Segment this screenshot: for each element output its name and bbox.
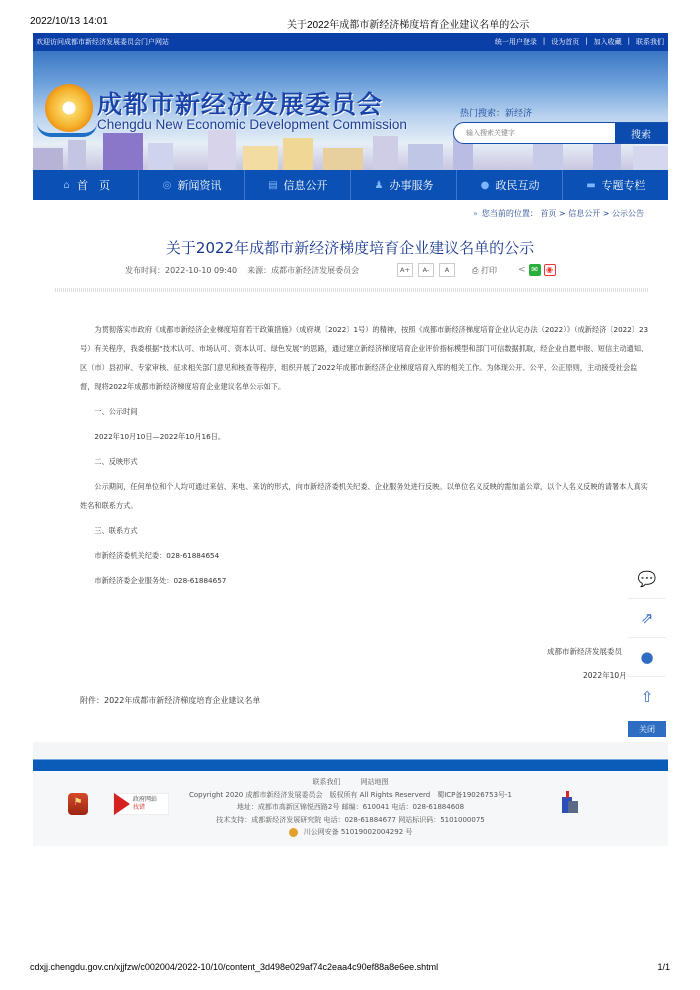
section-heading: 一、公示时间 [80,402,650,421]
article-title: 关于2022年成都市新经济梯度培育企业建议名单的公示 [0,237,700,258]
page-number: 1/1 [657,962,670,972]
qq-icon[interactable]: ● [628,638,666,677]
nav-item-news[interactable]: ◎新闻资讯 [139,170,245,200]
footer-sitemap-link[interactable]: 网站地图 [361,778,389,786]
weibo-share-icon[interactable]: ◉ [544,264,556,276]
footer-band [33,759,668,771]
printer-icon: ⎙ [472,266,478,275]
nav-label: 办事服务 [390,177,434,193]
site-footer: ⚑ 政府网站找错 联系我们网站地图 Copyright 2020 成都市新经济发… [33,771,668,846]
signature: 成都市新经济发展委员 [547,646,622,657]
search-input[interactable] [454,123,615,143]
print-footer: cdxjj.chengdu.gov.cn/xjjfzw/c002004/2022… [30,962,670,972]
share-icon[interactable]: < [518,265,526,275]
section-content: 2022年10月10日—2022年10月16日。 [80,427,650,446]
separator: | [628,37,630,47]
double-chevron-icon: » [473,209,478,218]
set-homepage-link[interactable]: 设为首页 [551,37,579,47]
print-label: 打印 [481,266,497,275]
font-size-controls: A+ A- A [397,263,455,277]
breadcrumb-info[interactable]: 信息公开 [568,209,600,218]
logo-emblem-icon [45,84,93,132]
search-button[interactable]: 搜索 [615,123,667,143]
footer-text: 联系我们网站地图 Copyright 2020 成都市新经济发展委员会 版权所有… [33,776,668,839]
site-logo-english: Chengdu New Economic Development Commiss… [97,117,407,132]
document-icon: ▤ [268,180,279,191]
police-record[interactable]: 川公网安备 51019002004292 号 [304,828,413,836]
upload-icon[interactable]: ⇧ [628,677,666,716]
nav-label: 政民互动 [496,177,540,193]
section-content: 公示期间，任何单位和个人均可通过来信、来电、来访的形式，向市新经济委机关纪委、企… [80,477,650,515]
tech-support: 技术支持：成都新经济发展研究院 电话：028-61884677 网站标识码：51… [33,814,668,827]
page-url: cdxjj.chengdu.gov.cn/xjjfzw/c002004/2022… [30,962,438,972]
nav-item-special-topics[interactable]: ▬专题专栏 [563,170,668,200]
nav-label: 首 页 [77,177,110,193]
globe-icon: ◎ [162,180,173,191]
nav-label: 新闻资讯 [178,177,222,193]
article-meta: 发布时间：2022-10-10 09:40 来源：成都市新经济发展委员会 [125,265,359,276]
welcome-text: 欢迎访问成都市新经济发展委员会门户网站 [36,37,169,47]
add-favorite-link[interactable]: 加入收藏 [594,37,622,47]
separator: | [543,37,545,47]
section-heading: 二、反映形式 [80,452,650,471]
footer-spacer [33,742,668,759]
hot-search-term[interactable]: 新经济 [505,109,532,119]
share-icon[interactable]: ⇗ [628,599,666,638]
nav-item-info-disclosure[interactable]: ▤信息公开 [245,170,351,200]
font-reset-button[interactable]: A [439,263,455,277]
font-decrease-button[interactable]: A- [418,263,434,277]
title-divider [55,288,648,292]
breadcrumb-separator: > [600,209,612,218]
attachment-link[interactable]: 附件：2022年成都市新经济梯度培育企业建议名单 [80,695,260,706]
signature-date: 2022年10月 [583,670,627,681]
folder-icon: ▬ [586,180,597,191]
print-button[interactable]: ⎙ 打印 [472,265,497,276]
contact-line: 市新经济委企业服务处：028-61884657 [80,571,650,590]
nav-label: 信息公开 [284,177,328,193]
search-box: 搜索 [453,122,668,144]
breadcrumb-notices[interactable]: 公示公告 [612,209,644,218]
intro-paragraph: 为贯彻落实市政府《成都市新经济企业梯度培育若干政策措施》（成府规〔2022〕1号… [80,320,650,396]
home-icon: ⌂ [61,180,72,191]
font-increase-button[interactable]: A+ [397,263,413,277]
nav-item-home[interactable]: ⌂首 页 [33,170,139,200]
print-title: 关于2022年成都市新经济梯度培育企业建议名单的公示 [287,16,529,31]
source-value: 成都市新经济发展委员会 [271,266,359,275]
police-emblem-icon [289,828,298,837]
login-link[interactable]: 统一用户登录 [495,37,537,47]
share-bar: < ✉ ◉ [518,264,556,276]
floating-share-bar: 💬 ⇗ ● ⇧ 关闭 [628,560,666,737]
wechat-icon[interactable]: 💬 [628,560,666,599]
contact-line: 市新经济委机关纪委：028-61884654 [80,546,650,565]
chat-icon: ● [480,180,491,191]
nav-item-interaction[interactable]: ●政民互动 [457,170,563,200]
print-header: 2022/10/13 14:01 关于2022年成都市新经济梯度培育企业建议名单… [30,14,670,30]
breadcrumb: »您当前的位置： 首页 > 信息公开 > 公示公告 [473,208,644,219]
close-float-button[interactable]: 关闭 [628,721,666,737]
site-logo-chinese: 成都市新经济发展委员会 [97,85,383,121]
hot-search-label: 热门搜索： [460,109,505,119]
publish-time: 2022-10-10 09:40 [165,266,237,275]
breadcrumb-separator: > [556,209,568,218]
person-icon: ♟ [374,180,385,191]
section-heading: 三、联系方式 [80,521,650,540]
header-banner: 成都市新经济发展委员会 Chengdu New Economic Develop… [33,51,668,170]
article-body: 为贯彻落实市政府《成都市新经济企业梯度培育若干政策措施》（成府规〔2022〕1号… [80,320,650,590]
hot-search: 热门搜索：新经济 [460,106,532,119]
wechat-share-icon[interactable]: ✉ [529,264,541,276]
breadcrumb-home[interactable]: 首页 [540,209,556,218]
nav-label: 专题专栏 [602,177,646,193]
separator: | [585,37,587,47]
top-bar: 欢迎访问成都市新经济发展委员会门户网站 统一用户登录| 设为首页| 加入收藏| … [33,33,668,51]
top-links: 统一用户登录| 设为首页| 加入收藏| 联系我们 [495,37,664,47]
print-datetime: 2022/10/13 14:01 [30,16,108,27]
contact-link[interactable]: 联系我们 [636,37,664,47]
source-label: 来源： [247,266,271,275]
nav-item-services[interactable]: ♟办事服务 [351,170,457,200]
main-nav: ⌂首 页 ◎新闻资讯 ▤信息公开 ♟办事服务 ●政民互动 ▬专题专栏 [33,170,668,200]
breadcrumb-prefix: 您当前的位置： [482,209,538,218]
copyright: Copyright 2020 成都市新经济发展委员会 版权所有 All Righ… [33,789,668,802]
footer-contact-link[interactable]: 联系我们 [313,778,341,786]
publish-label: 发布时间： [125,265,165,276]
address: 地址：成都市高新区锦悦西路2号 邮编：610041 电话：028-6188460… [33,801,668,814]
